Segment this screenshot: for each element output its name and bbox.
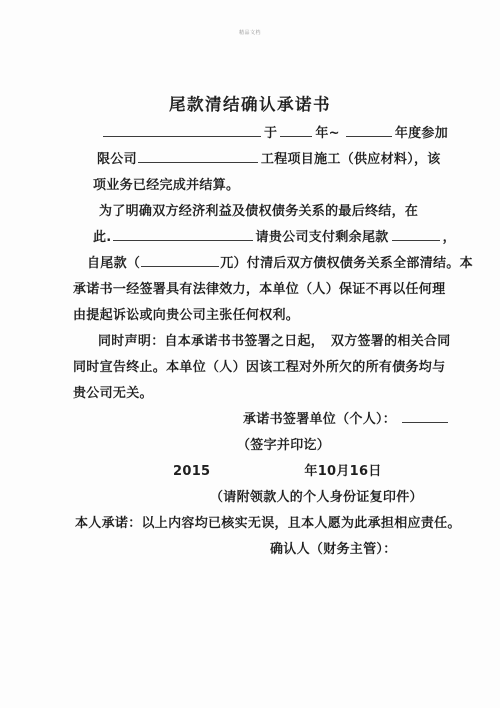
blank-year-from xyxy=(280,122,312,137)
text-segment: 工程项目施工（供应材料），该 xyxy=(261,152,441,167)
line-legal-effect: 承诺书一经签署具有法律效力，本单位（人）保证不再以任何理 xyxy=(73,277,462,303)
line-final-amount: 自尾款（兀）付清后双方债权债务关系全部清结。本 xyxy=(87,251,462,277)
line-company: 限公司工程项目施工（供应材料），该 xyxy=(97,147,462,173)
line-request-payment: 此.请贵公司支付剩余尾款， xyxy=(93,225,462,251)
signer-unit-label: 承诺书签署单位（个人）： xyxy=(243,412,396,427)
blank-final-amount xyxy=(141,252,219,267)
blank-company-name xyxy=(138,148,258,163)
line-participation: 于年~年度参加 xyxy=(100,121,462,147)
text-segment: ， xyxy=(443,230,456,245)
text-segment: 兀）付清后双方债权债务关系全部清结。本 xyxy=(220,256,473,271)
line-purpose: 为了明确双方经济利益及债权债务关系的最后终结，在 xyxy=(99,199,462,225)
line-settled: 项业务已经完成并结算。 xyxy=(93,173,462,199)
text-segment: 此. xyxy=(93,230,112,245)
line-signer-unit: 承诺书签署单位（个人）： xyxy=(243,407,462,433)
date-month-day: 年10月16日 xyxy=(304,464,381,479)
text-segment: 年~ xyxy=(315,126,340,141)
text-segment: 限公司 xyxy=(97,152,137,167)
line-confirmer: 确认人（财务主管）： xyxy=(270,537,462,563)
line-contract-termination: 同时宣告终止。本单位（人）因该工程对外所欠的所有债务均与 xyxy=(73,355,462,381)
line-no-relation: 贵公司无关。 xyxy=(73,381,462,407)
doc-body: 于年~年度参加 限公司工程项目施工（供应材料），该 项业务已经完成并结算。 为了… xyxy=(62,121,462,563)
blank-signer-name xyxy=(402,408,448,423)
document-page: 精品文档 尾款清结确认承诺书 于年~年度参加 限公司工程项目施工（供应材料），该… xyxy=(0,0,500,708)
text-segment: 于 xyxy=(264,126,277,141)
line-personal-promise: 本人承诺：以上内容均已核实无误，且本人愿为此承担相应责任。 xyxy=(75,511,462,537)
blank-remaining-amount xyxy=(392,226,440,241)
line-id-copy-note: （请附领款人的个人身份证复印件） xyxy=(210,485,462,511)
line-no-claims: 由提起诉讼或向贵公司主张任何权利。 xyxy=(73,303,462,329)
line-declaration: 同时声明：自本承诺书书签署之日起， 双方签署的相关合同 xyxy=(98,329,462,355)
text-segment: 自尾款（ xyxy=(87,256,140,271)
date-year: 2015 xyxy=(173,464,210,479)
text-segment: 请贵公司支付剩余尾款 xyxy=(256,230,389,245)
blank-party-name xyxy=(103,122,261,137)
text-segment: 年度参加 xyxy=(395,126,448,141)
watermark-text: 精品文档 xyxy=(0,29,500,36)
line-date: 2015年10月16日 xyxy=(173,459,462,485)
doc-title: 尾款清结确认承诺书 xyxy=(0,91,500,115)
blank-year-to xyxy=(346,122,392,137)
line-seal-note: （签字并印讫） xyxy=(237,433,462,459)
blank-entity-name xyxy=(113,226,253,241)
